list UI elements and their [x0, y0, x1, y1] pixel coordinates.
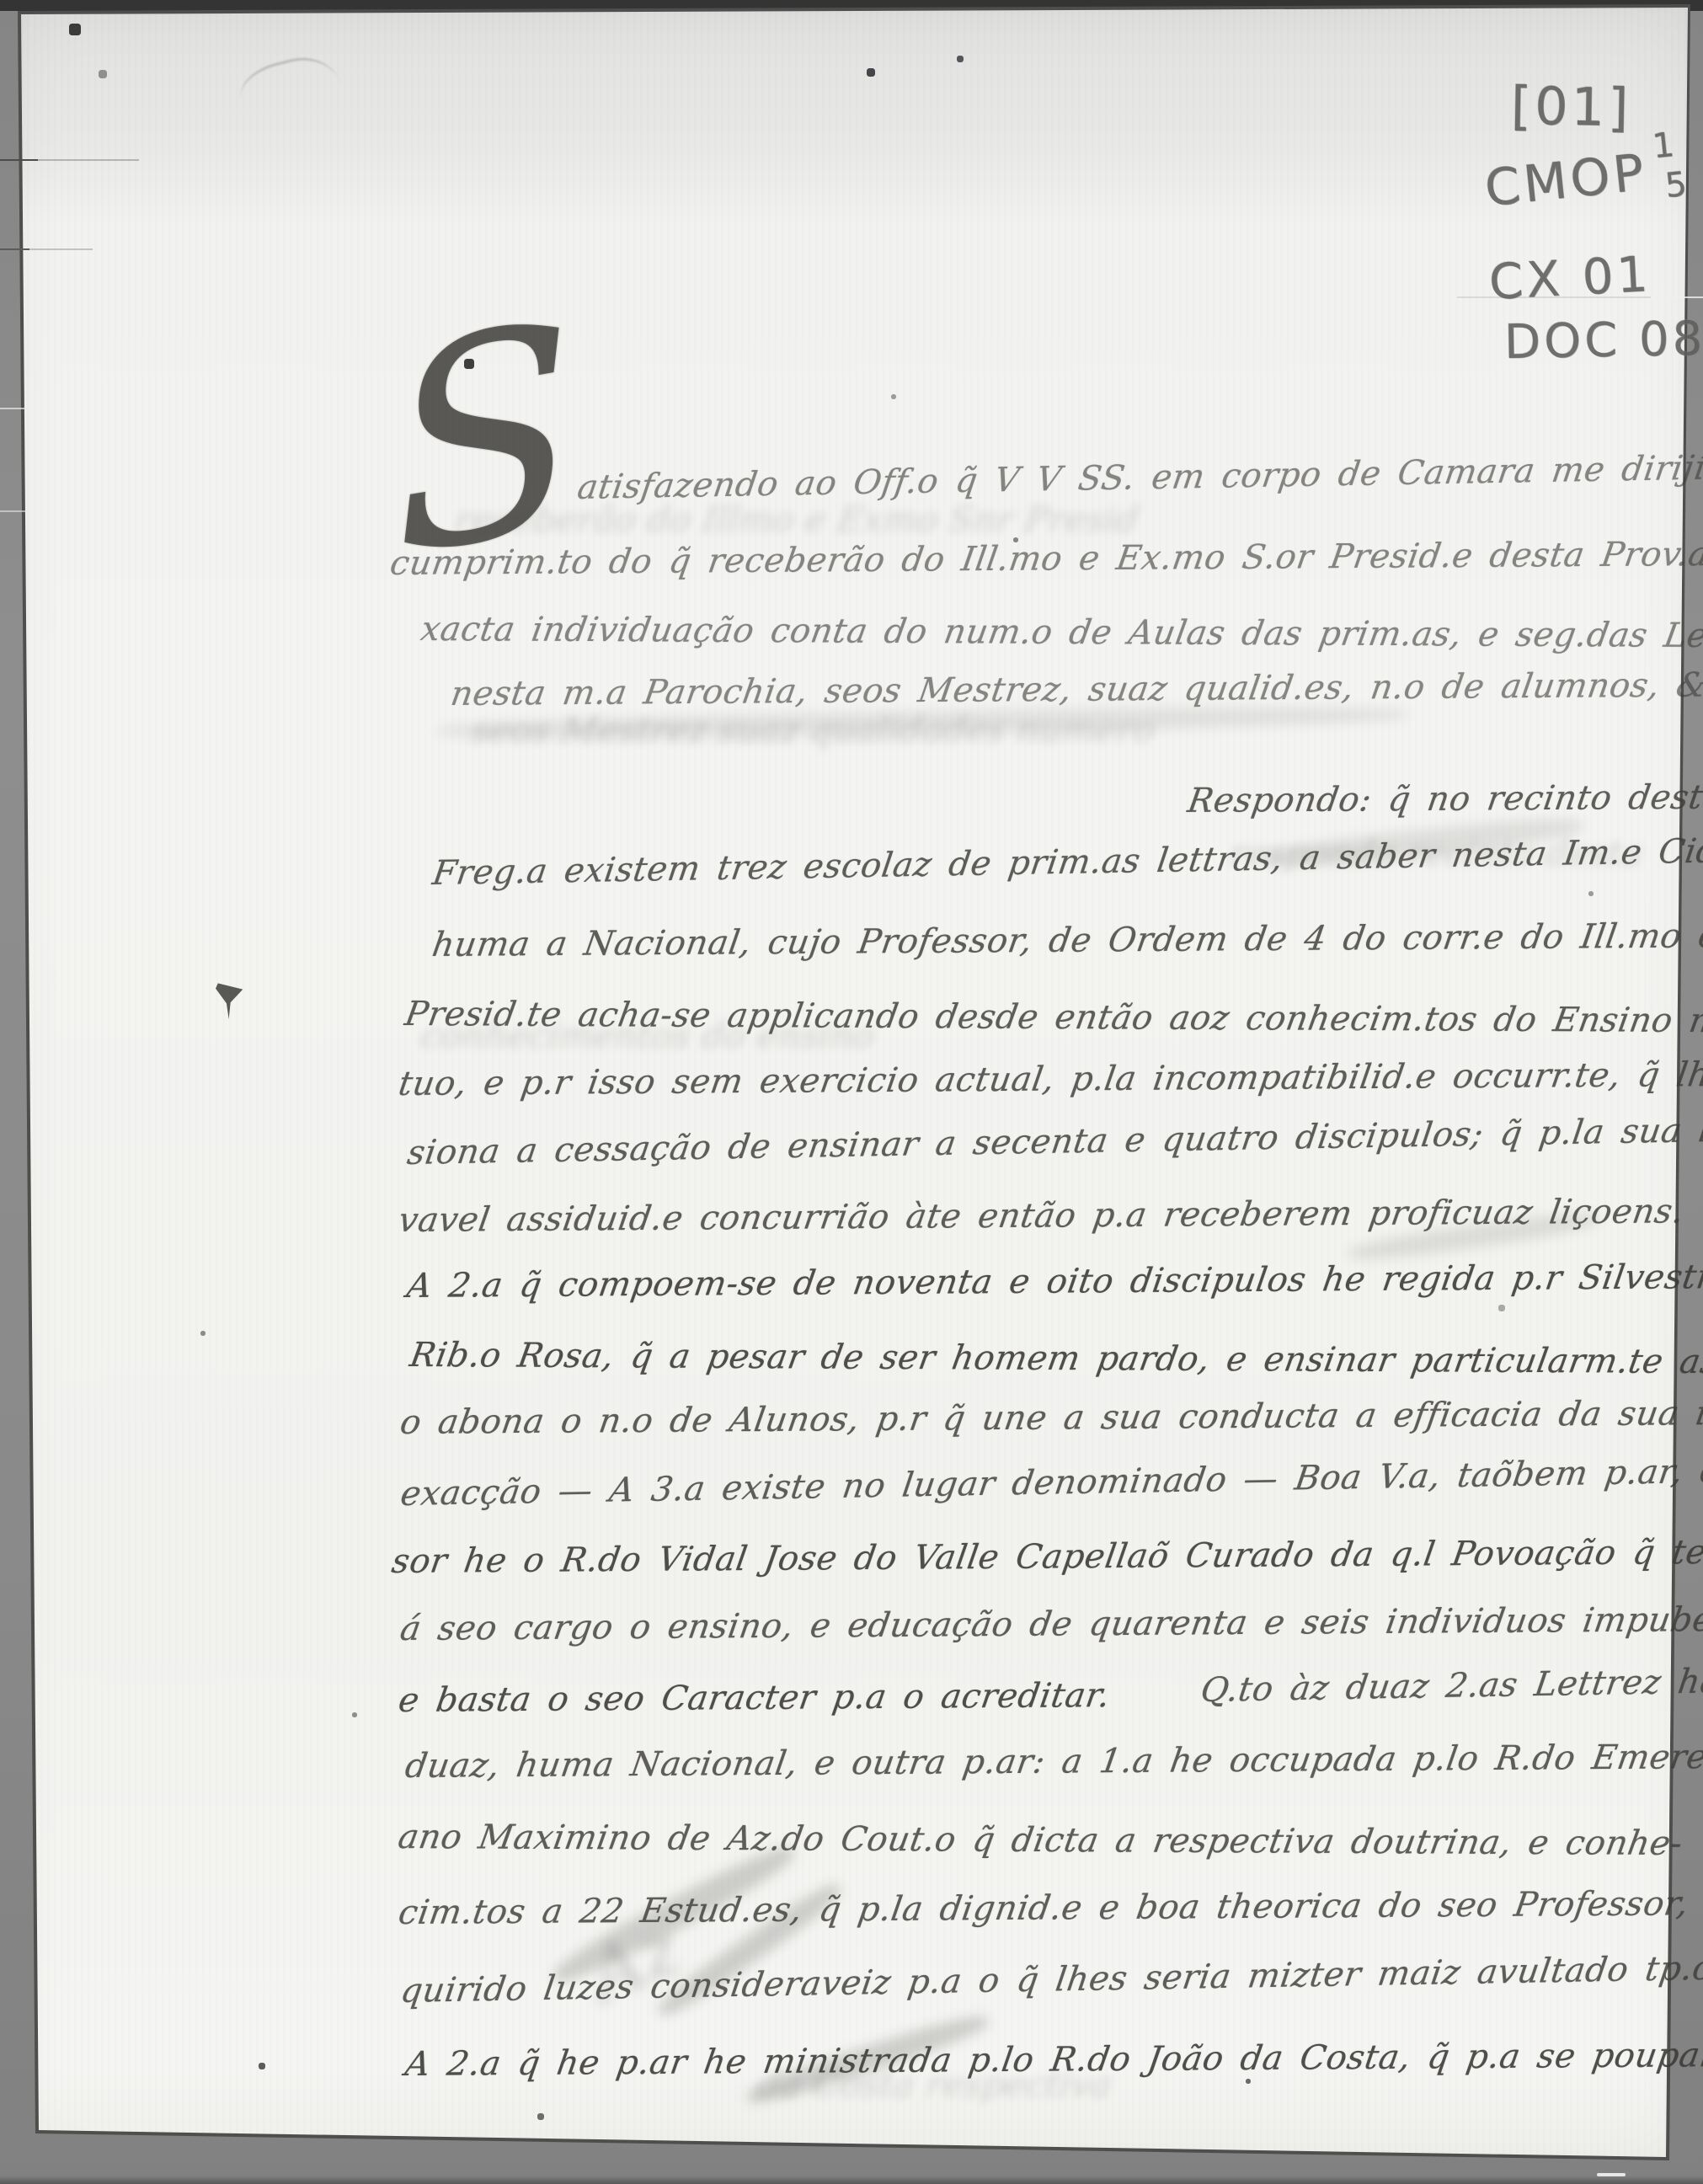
manuscript-line: duaz, huma Nacional, e outra p.ar: a 1.a…	[402, 1733, 1703, 1791]
manuscript-line: exacção — A 3.a existe no lugar denomina…	[398, 1444, 1703, 1519]
manuscript-line: sor he o R.do Vidal Jose do Valle Capell…	[388, 1528, 1703, 1586]
manuscript-line: xacta individuação conta do num.o de Aul…	[418, 605, 1703, 661]
manuscript-line: tuo, e p.r isso sem exercicio actual, p.…	[395, 1049, 1703, 1108]
archive-document-number: DOC 08	[1503, 312, 1703, 370]
archive-box-number: CX 01	[1487, 245, 1652, 311]
manuscript-line: siona a cessação de ensinar a secenta e …	[404, 1105, 1703, 1177]
manuscript-body: receberão do Illmo e Exmo Snr Presid seo…	[0, 0, 1703, 2184]
manuscript-line: á seo cargo o ensino, e educação de quar…	[397, 1595, 1703, 1653]
collection-fraction: 15	[1647, 137, 1674, 200]
manuscript-line: nesta m.a Parochia, seos Mestrez, suaz q…	[447, 660, 1703, 718]
manuscript-line: e basta o seo Caracter p.a o acreditar.	[395, 1671, 1113, 1725]
manuscript-line: A 2.a q̃ he p.ar he ministrada p.lo R.do…	[402, 2031, 1703, 2089]
manuscript-line: atisfazendo ao Off.o q̃ V V SS. em corpo…	[574, 441, 1703, 512]
manuscript-line: ano Maximino de Az.do Cout.o q̃ dicta a …	[395, 1813, 1687, 1868]
manuscript-line: Q.to àz duaz 2.as Lettrez há	[1198, 1657, 1703, 1715]
archive-page-number: [01]	[1510, 75, 1632, 138]
manuscript-scan-page: { "archive_annotations": { "page_ref": "…	[0, 0, 1703, 2184]
fraction-numerator: 1	[1651, 130, 1675, 162]
manuscript-line: A 2.a q̃ compoem-se de noventa e oito di…	[403, 1252, 1703, 1311]
fraction-denominator: 5	[1663, 169, 1688, 201]
manuscript-line: o abona o n.o de Alunos, p.r q̃ une a su…	[397, 1388, 1703, 1447]
manuscript-line: Rib.o Rosa, q̃ a pesar de ser homem pard…	[407, 1331, 1703, 1386]
manuscript-line: Respondo: q̃ no recinto desta	[1184, 773, 1703, 825]
manuscript-line: cim.tos a 22 Estud.es, q̃ p.la dignid.e …	[395, 1878, 1703, 1937]
manuscript-line: huma a Nacional, cujo Professor, de Orde…	[429, 910, 1703, 969]
manuscript-line: Freg.a existem trez escolaz de prim.as l…	[430, 824, 1703, 898]
scan-bottom-edge	[0, 2176, 1703, 2184]
manuscript-line: vavel assiduid.e concurrião àte então p.…	[395, 1187, 1687, 1245]
manuscript-line: Presid.te acha-se applicando desde então…	[402, 990, 1703, 1045]
